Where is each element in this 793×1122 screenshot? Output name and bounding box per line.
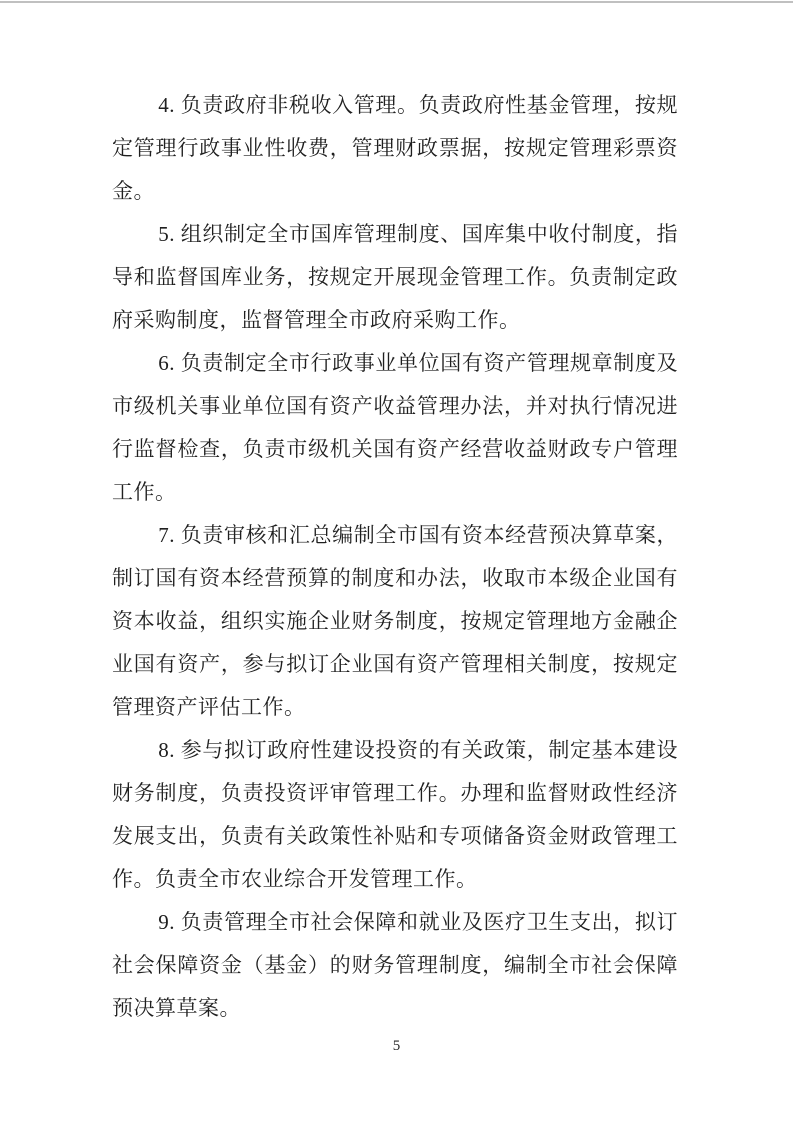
page-number: 5 <box>0 1036 793 1056</box>
paragraph-item-7: 7. 负责审核和汇总编制全市国有资本经营预决算草案，制订国有资本经营预算的制度和… <box>112 514 678 729</box>
document-body: 4. 负责政府非税收入管理。负责政府性基金管理，按规定管理行政事业性收费，管理财… <box>112 84 678 1030</box>
paragraph-item-4: 4. 负责政府非税收入管理。负责政府性基金管理，按规定管理行政事业性收费，管理财… <box>112 84 678 213</box>
document-page: 4. 负责政府非税收入管理。负责政府性基金管理，按规定管理行政事业性收费，管理财… <box>0 0 793 1122</box>
paragraph-item-8: 8. 参与拟订政府性建设投资的有关政策，制定基本建设财务制度，负责投资评审管理工… <box>112 729 678 901</box>
paragraph-item-6: 6. 负责制定全市行政事业单位国有资产管理规章制度及市级机关事业单位国有资产收益… <box>112 342 678 514</box>
paragraph-item-9: 9. 负责管理全市社会保障和就业及医疗卫生支出，拟订社会保障资金（基金）的财务管… <box>112 901 678 1030</box>
paragraph-item-5: 5. 组织制定全市国库管理制度、国库集中收付制度，指导和监督国库业务，按规定开展… <box>112 213 678 342</box>
page-top-edge-line <box>0 1 793 3</box>
